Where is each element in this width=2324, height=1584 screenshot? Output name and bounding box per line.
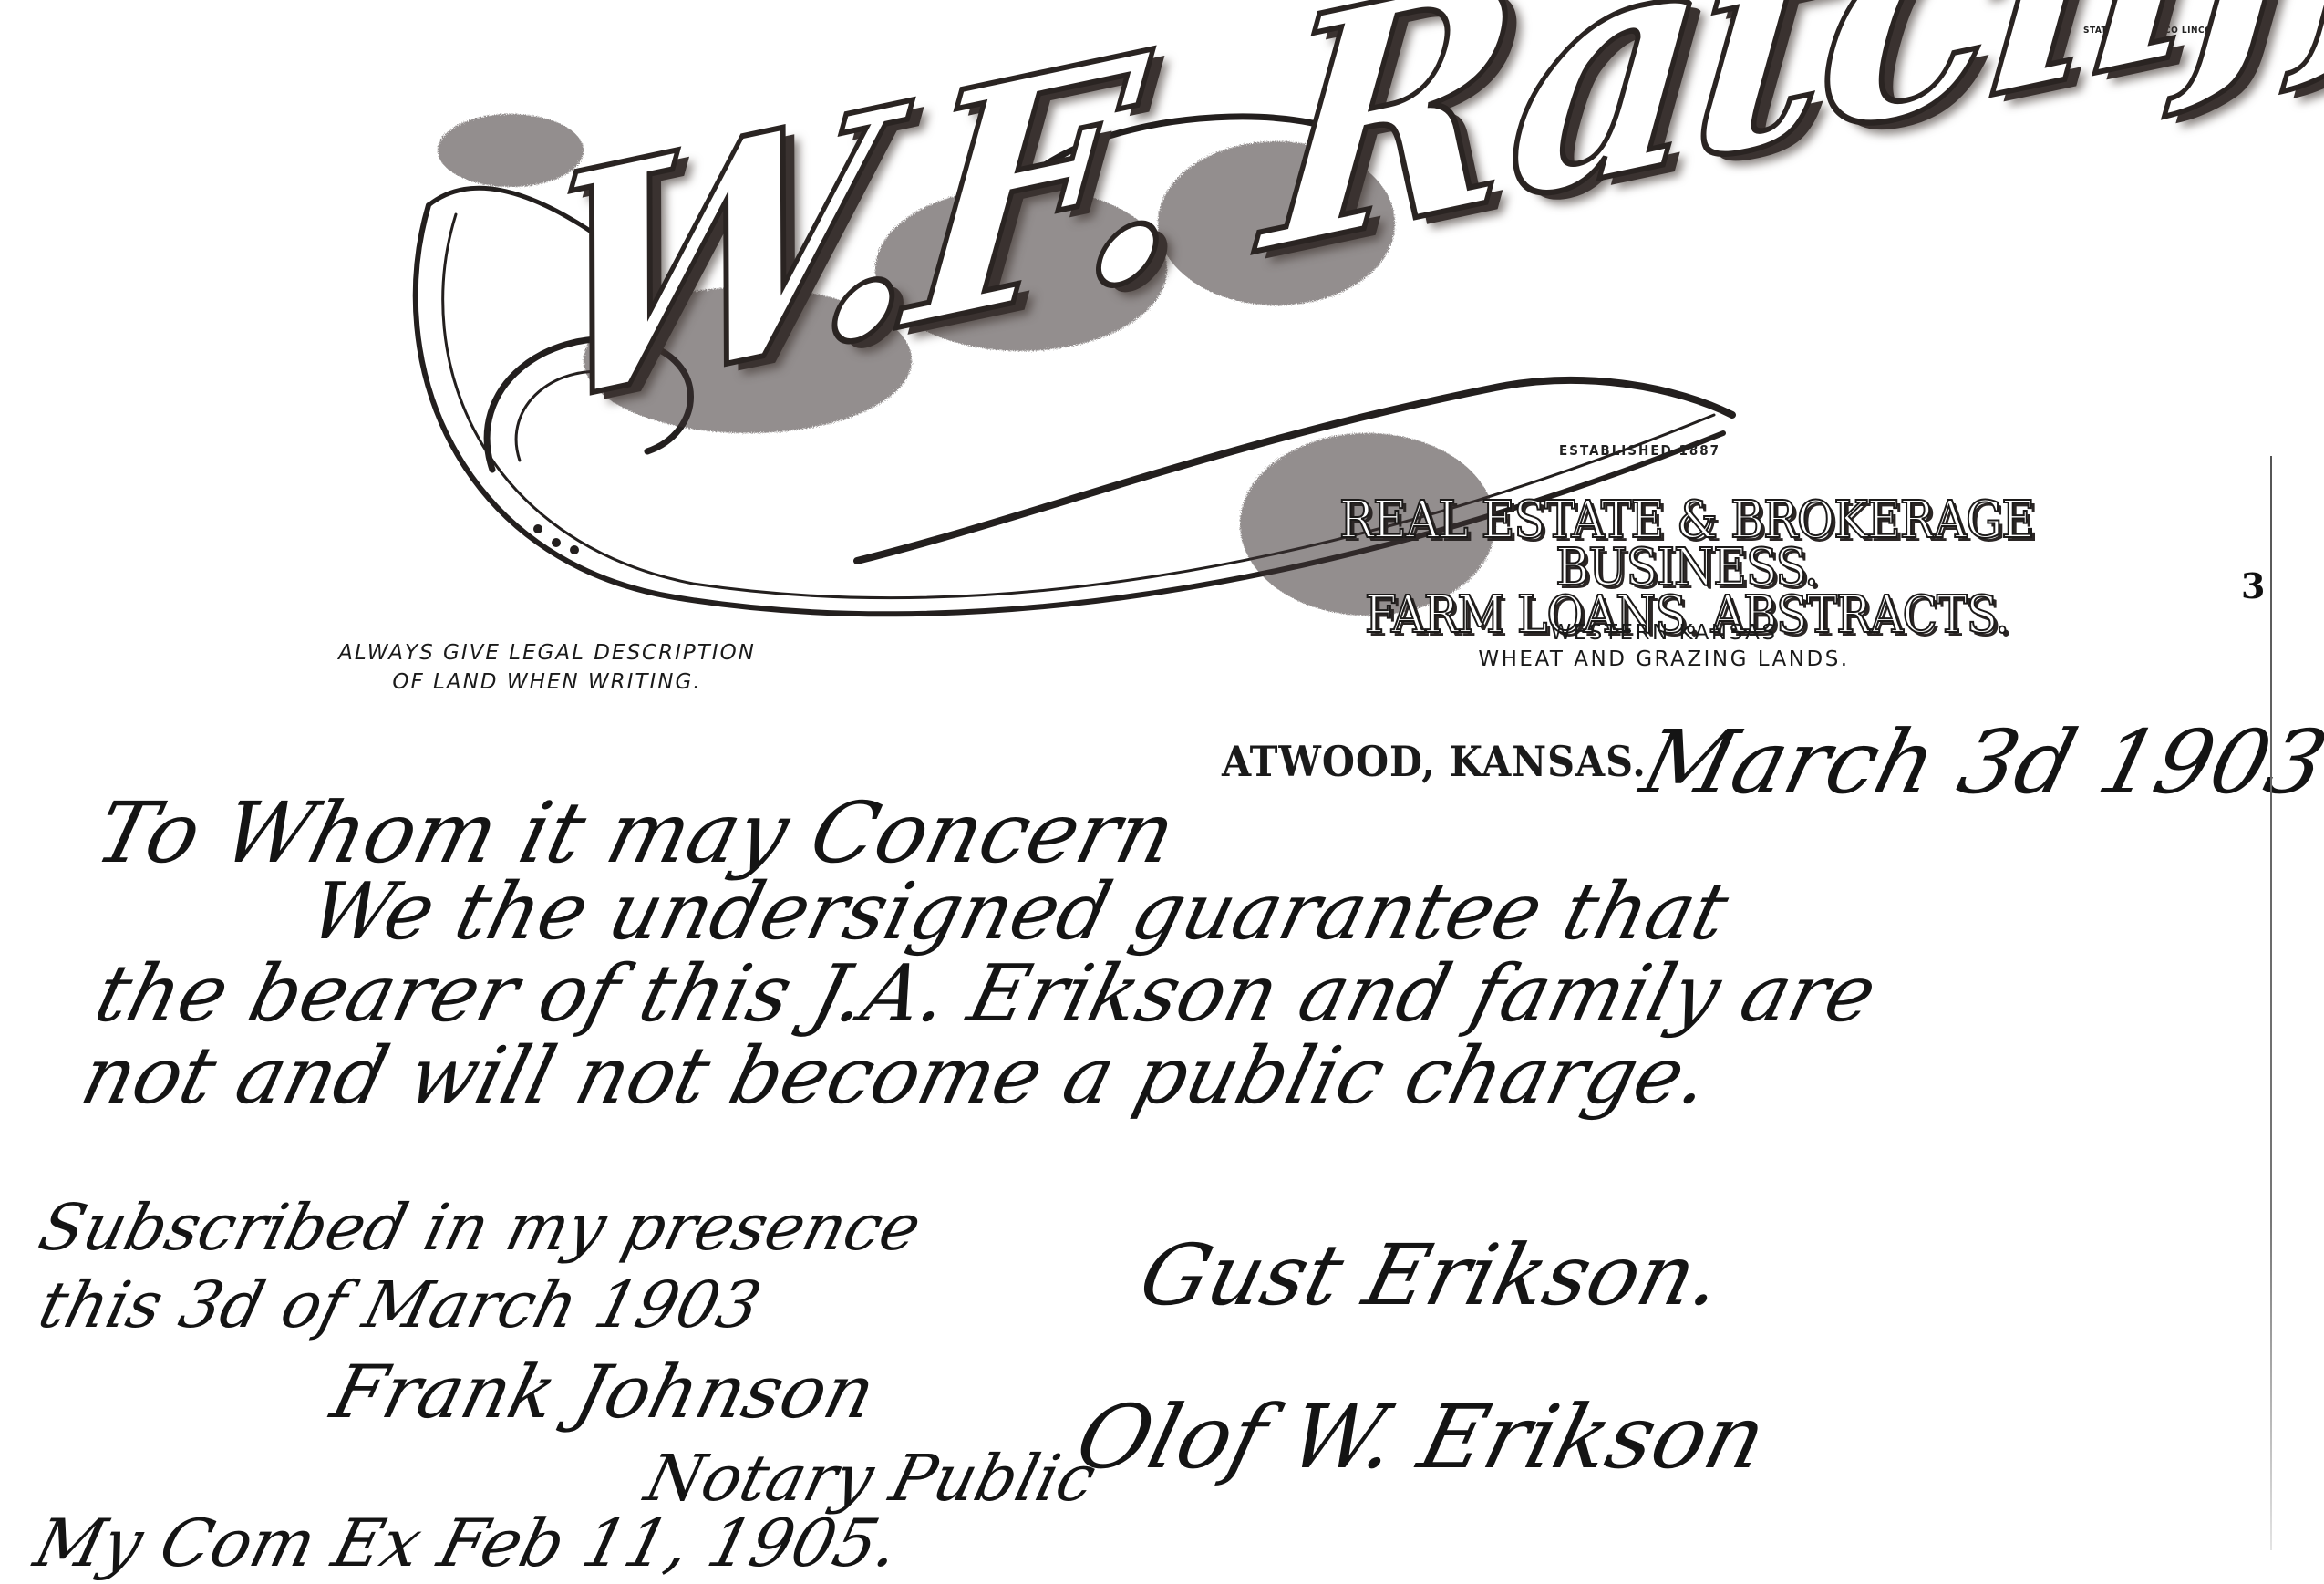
margin-mark: 3	[2241, 565, 2265, 606]
legal-notice: ALWAYS GIVE LEGAL DESCRIPTION OF LAND WH…	[292, 638, 802, 697]
notary-statement-line-2: this 3d of March 1903	[32, 1268, 769, 1342]
legal-notice-line-1: ALWAYS GIVE LEGAL DESCRIPTION	[292, 638, 802, 668]
notary-signature: Frank Johnson	[324, 1350, 883, 1434]
place-heading: ATWOOD, KANSAS.	[1222, 737, 1647, 786]
signature-olof-erikson: Olof W. Erikson	[1067, 1386, 1776, 1488]
body-line-3: not and will not become a public charge.	[73, 1030, 1719, 1122]
body-line-2: the bearer of this J.A. Erikson and fami…	[87, 948, 1885, 1040]
body-line-1: We the undersigned guarantee that	[301, 866, 1737, 958]
legal-notice-line-2: OF LAND WHEN WRITING.	[292, 668, 802, 697]
region-line-2: WHEAT AND GRAZING LANDS.	[1418, 647, 1910, 673]
region-text: WESTERN KANSAS WHEAT AND GRAZING LANDS.	[1418, 620, 1910, 673]
letter-date: March 3d 1903	[1632, 711, 2324, 813]
business-description: REAL ESTATE & BROKERAGE BUSINESS. FARM L…	[1322, 497, 2051, 639]
signature-gust-erikson: Gust Erikson.	[1131, 1227, 1732, 1324]
region-line-1: WESTERN KANSAS	[1418, 620, 1910, 647]
established-text: ESTABLISHED 1887	[1559, 442, 1720, 459]
notary-commission: My Com Ex Feb 11, 1905.	[27, 1505, 907, 1581]
business-line-1: REAL ESTATE & BROKERAGE BUSINESS.	[1322, 497, 2051, 592]
notary-statement-line-1: Subscribed in my presence	[32, 1190, 928, 1265]
page-edge-line	[2270, 456, 2272, 1550]
